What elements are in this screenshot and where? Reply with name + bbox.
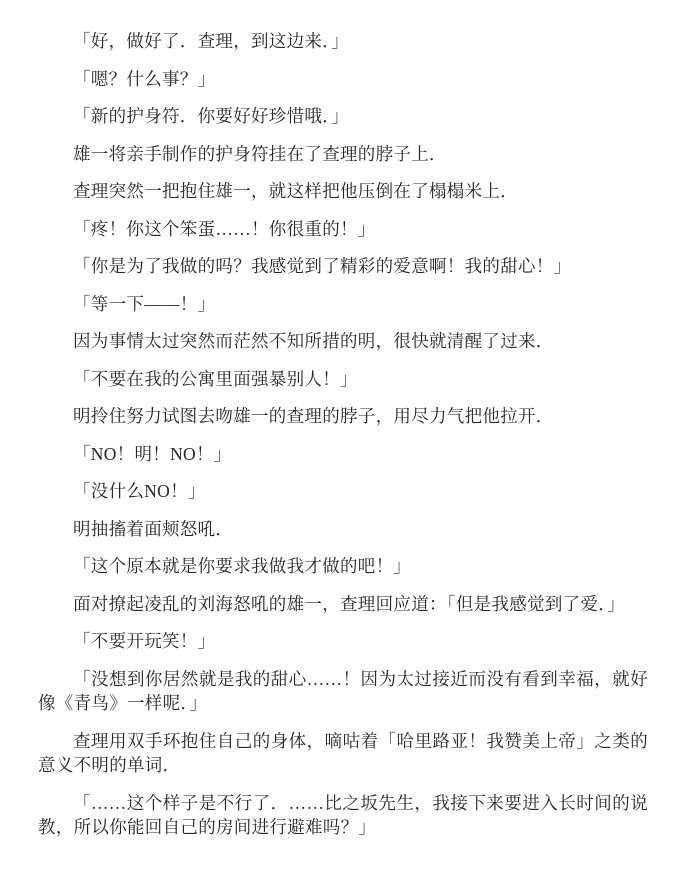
paragraph: 面对撩起凌乱的刘海怒吼的雄一，查理回应道：「但是我感觉到了爱．」 xyxy=(38,592,648,617)
paragraph: 查理突然一把抱住雄一，就这样把他压倒在了榻榻米上． xyxy=(38,179,648,204)
paragraph-list: 「好，做好了．查理，到这边来．」「嗯？什么事？」「新的护身符．你要好好珍惜哦．」… xyxy=(38,29,648,840)
paragraph: 「这个原本就是你要求我做我才做的吧！」 xyxy=(38,554,648,579)
document-page: 「好，做好了．查理，到这边来．」「嗯？什么事？」「新的护身符．你要好好珍惜哦．」… xyxy=(0,0,680,880)
paragraph: 因为事情太过突然而茫然不知所措的明，很快就清醒了过来． xyxy=(38,329,648,354)
paragraph: 「嗯？什么事？」 xyxy=(38,67,648,92)
paragraph: 「好，做好了．查理，到这边来．」 xyxy=(38,29,648,54)
paragraph: 明抽搐着面颊怒吼． xyxy=(38,517,648,542)
paragraph: 查理用双手环抱住自己的身体，嘀咕着「哈里路亚！我赞美上帝」之类的意义不明的单词． xyxy=(38,729,648,778)
paragraph: 雄一将亲手制作的护身符挂在了查理的脖子上． xyxy=(38,142,648,167)
paragraph: 「没想到你居然就是我的甜心……！因为太过接近而没有看到幸福，就好像《青鸟》一样呢… xyxy=(38,667,648,716)
paragraph: 「没什么NO！」 xyxy=(38,479,648,504)
paragraph: 「疼！你这个笨蛋……！你很重的！」 xyxy=(38,217,648,242)
paragraph: 明拎住努力试图去吻雄一的查理的脖子，用尽力气把他拉开． xyxy=(38,404,648,429)
paragraph: 「新的护身符．你要好好珍惜哦．」 xyxy=(38,104,648,129)
paragraph: 「不要开玩笑！」 xyxy=(38,629,648,654)
paragraph: 「等一下——！」 xyxy=(38,292,648,317)
paragraph: 「你是为了我做的吗？我感觉到了精彩的爱意啊！我的甜心！」 xyxy=(38,254,648,279)
paragraph: 「NO！明！NO！」 xyxy=(38,442,648,467)
paragraph: 「不要在我的公寓里面强暴别人！」 xyxy=(38,367,648,392)
paragraph: 「……这个样子是不行了．……比之坂先生，我接下来要进入长时间的说教，所以你能回自… xyxy=(38,791,648,840)
